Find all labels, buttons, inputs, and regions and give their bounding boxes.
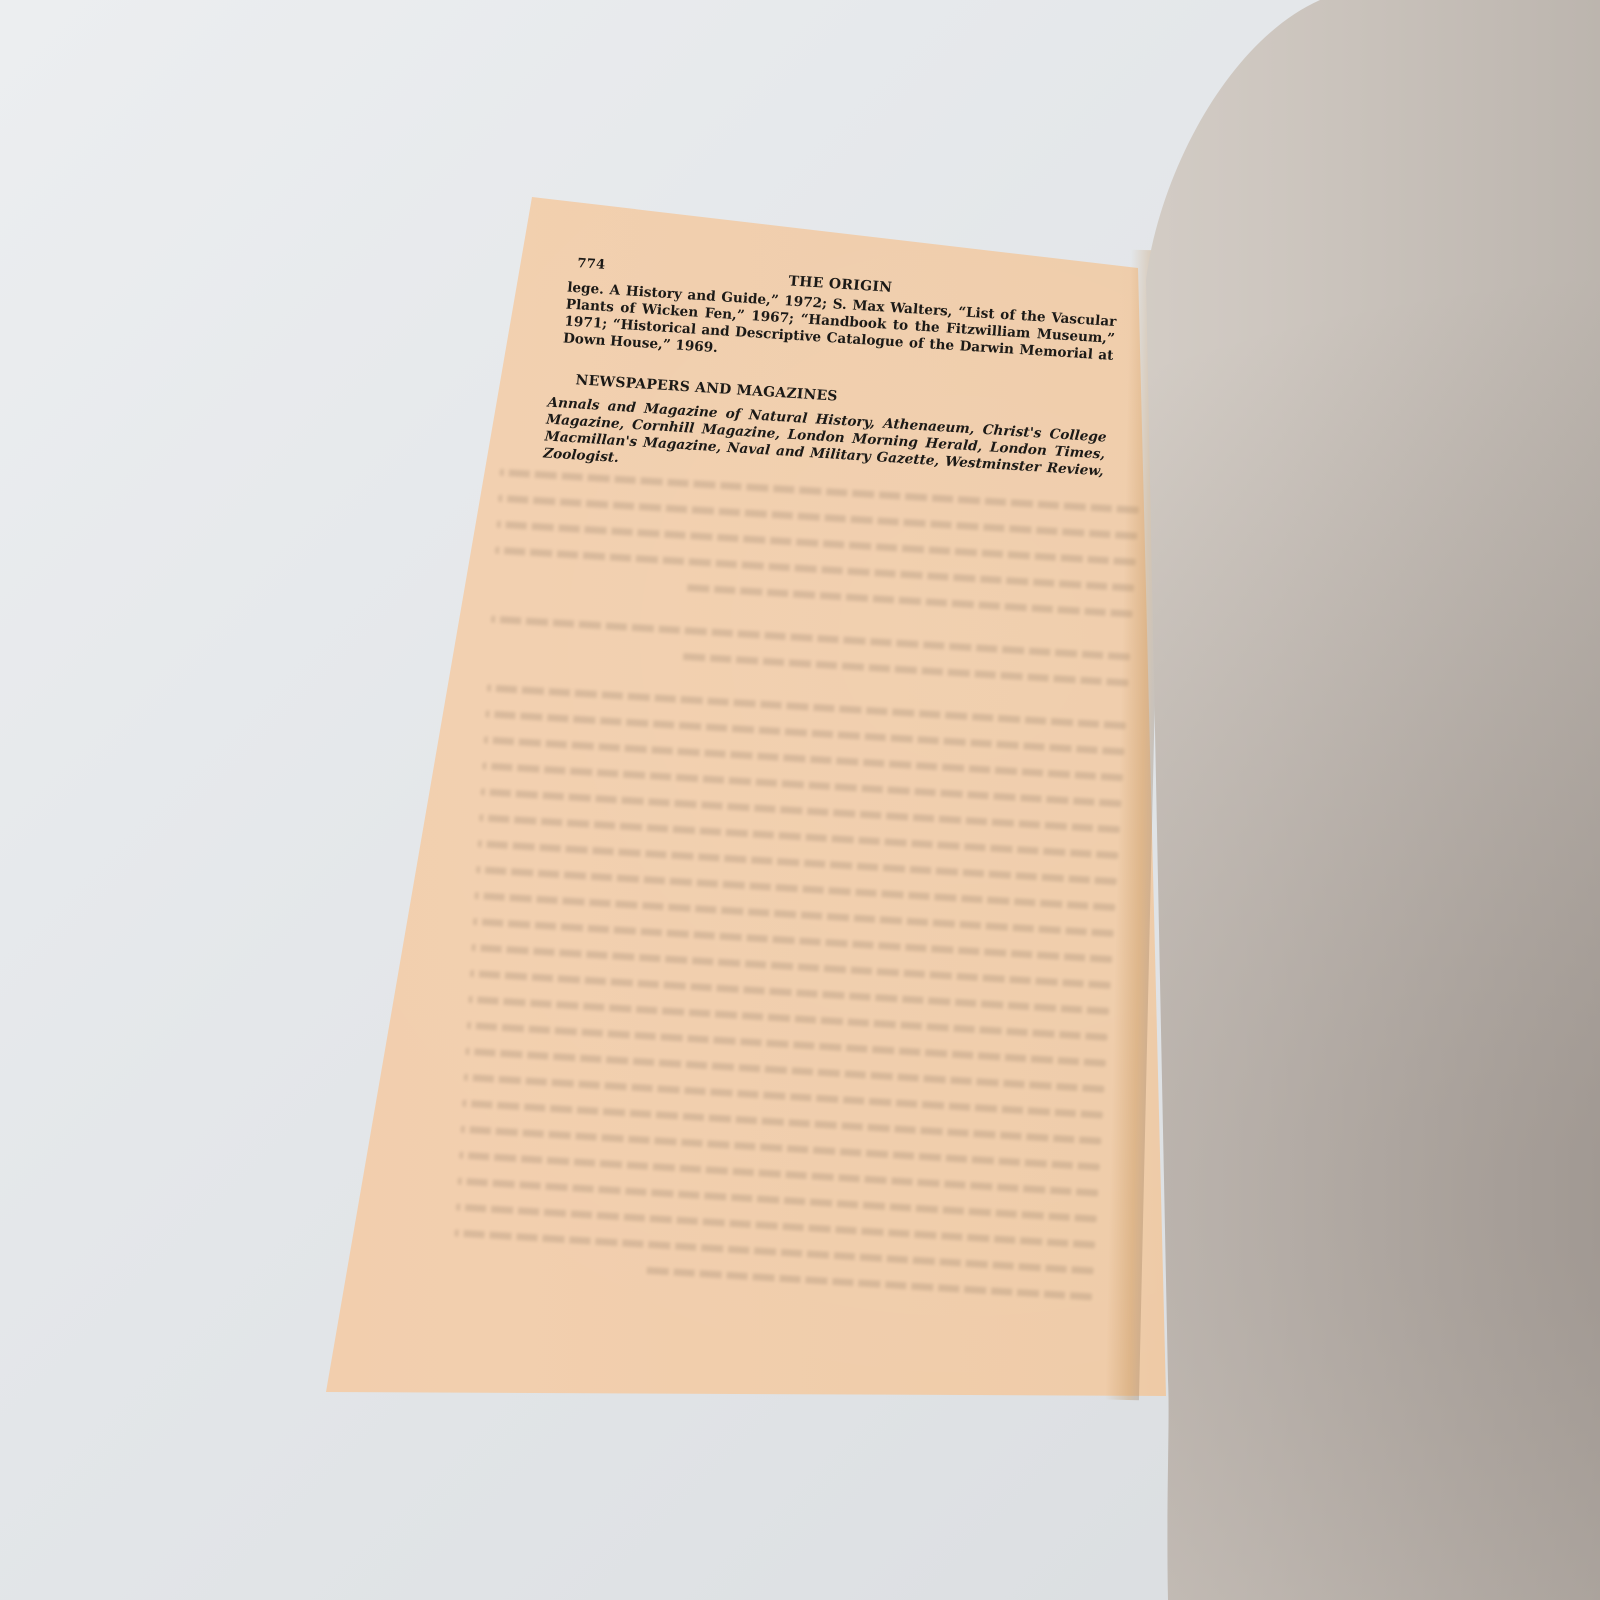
- ghost-text-line: [467, 1022, 1106, 1067]
- ghost-text-line: [462, 1100, 1101, 1145]
- ghost-text-line: [465, 1048, 1104, 1093]
- ghost-text-line: [478, 840, 1117, 885]
- running-title: THE ORIGIN: [788, 273, 893, 295]
- ghost-text-line: [479, 814, 1118, 859]
- ghost-text-line: [498, 495, 1137, 540]
- aged-paper-surface: [0, 0, 1600, 1600]
- blank-page-surface: [0, 0, 1600, 1600]
- ghost-text-line: [473, 918, 1112, 963]
- ghost-text-line: [484, 736, 1123, 781]
- reverse-side-show-through: [452, 469, 1139, 1320]
- ghost-text-line: [491, 616, 1130, 661]
- page-curl-shadow: [0, 0, 1600, 1600]
- ghost-text-line: [454, 1229, 1093, 1274]
- page-text-block: 774 THE ORIGIN lege. A History and Guide…: [543, 255, 1119, 497]
- ghost-text-line: [481, 788, 1120, 833]
- right-book-page: [0, 0, 1600, 1600]
- ghost-text-line: [458, 1178, 1097, 1223]
- ghost-text-line: [471, 944, 1110, 989]
- ghost-text-line: [456, 1204, 1095, 1249]
- ghost-text-line: [495, 547, 1134, 592]
- gutter-shadow: [1105, 250, 1165, 1400]
- ghost-text-line: [459, 1152, 1098, 1197]
- ghost-text-line: [685, 584, 1133, 618]
- ghost-text-line: [485, 710, 1124, 755]
- ghost-text-line: [482, 762, 1121, 807]
- ghost-text-line: [468, 996, 1107, 1041]
- page-number: 774: [577, 256, 606, 273]
- ghost-text-line: [487, 684, 1126, 729]
- left-book-page: [0, 0, 1600, 1600]
- ghost-text-line: [681, 653, 1129, 687]
- ghost-text-line: [474, 892, 1113, 937]
- ghost-text-line: [497, 521, 1136, 566]
- ghost-text-line: [645, 1267, 1093, 1301]
- ghost-text-line: [461, 1126, 1100, 1171]
- ghost-text-line: [464, 1074, 1103, 1119]
- ghost-text-line: [470, 970, 1109, 1015]
- ghost-text-line: [476, 866, 1115, 911]
